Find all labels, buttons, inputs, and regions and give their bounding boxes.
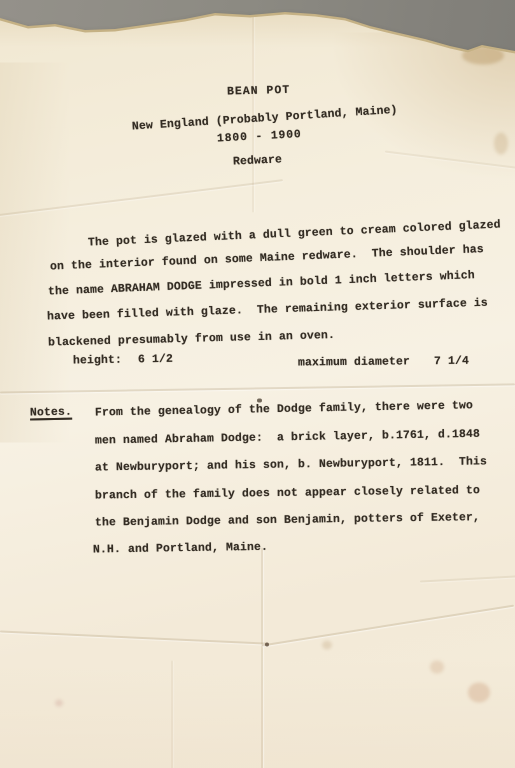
height-label: height:: [73, 354, 122, 368]
description-line: the name ABRAHAM DODGE impressed in bold…: [48, 269, 475, 298]
stain-spot: [468, 683, 490, 703]
diameter-value: 7 1/4: [434, 355, 469, 368]
ink-speck: [257, 399, 262, 403]
fold-crease: [262, 605, 514, 647]
ink-speck: [265, 643, 269, 647]
date-range-line: 1800 - 1900: [217, 128, 302, 145]
notes-line: N.H. and Portland, Maine.: [93, 541, 268, 557]
notes-line: the Benjamin Dodge and son Benjamin, pot…: [95, 511, 480, 529]
fold-crease: [385, 151, 515, 169]
notes-line: at Newburyport; and his son, b. Newburyp…: [95, 455, 487, 474]
fold-crease: [252, 3, 254, 213]
paper-sheet: BEAN POT New England (Probably Portland,…: [0, 0, 515, 768]
paper-top-shading: [0, 3, 515, 67]
photo-backdrop: BEAN POT New England (Probably Portland,…: [0, 0, 515, 768]
stain-spot: [55, 700, 63, 707]
fold-crease: [0, 383, 515, 393]
notes-line: men named Abraham Dodge: a brick layer, …: [95, 428, 480, 448]
stain-spot: [494, 133, 508, 155]
fold-crease: [0, 631, 268, 645]
notes-line: branch of the family does not appear clo…: [95, 484, 480, 502]
height-dimension: height:6 1/2: [73, 353, 173, 368]
paper-left-shading: [0, 63, 70, 443]
notes-heading: Notes.: [30, 406, 72, 420]
fold-crease: [420, 575, 515, 582]
fold-crease: [261, 548, 263, 768]
paper-bottom-shading: [0, 661, 515, 768]
description-line: blackened presumably from use in an oven…: [48, 329, 335, 350]
stain-spot: [322, 641, 332, 650]
typed-document: BEAN POT New England (Probably Portland,…: [0, 3, 515, 768]
stain-spot: [430, 661, 444, 674]
notes-line: From the genealogy of the Dodge family, …: [95, 399, 473, 419]
fold-crease: [0, 179, 283, 216]
height-value: 6 1/2: [138, 353, 173, 367]
diameter-label: maximum diameter: [298, 355, 410, 369]
description-line: have been filled with glaze. The remaini…: [47, 297, 488, 324]
material-line: Redware: [233, 153, 283, 168]
fold-crease: [171, 661, 173, 768]
document-title: BEAN POT: [227, 84, 291, 99]
diameter-dimension: maximum diameter7 1/4: [298, 355, 469, 370]
